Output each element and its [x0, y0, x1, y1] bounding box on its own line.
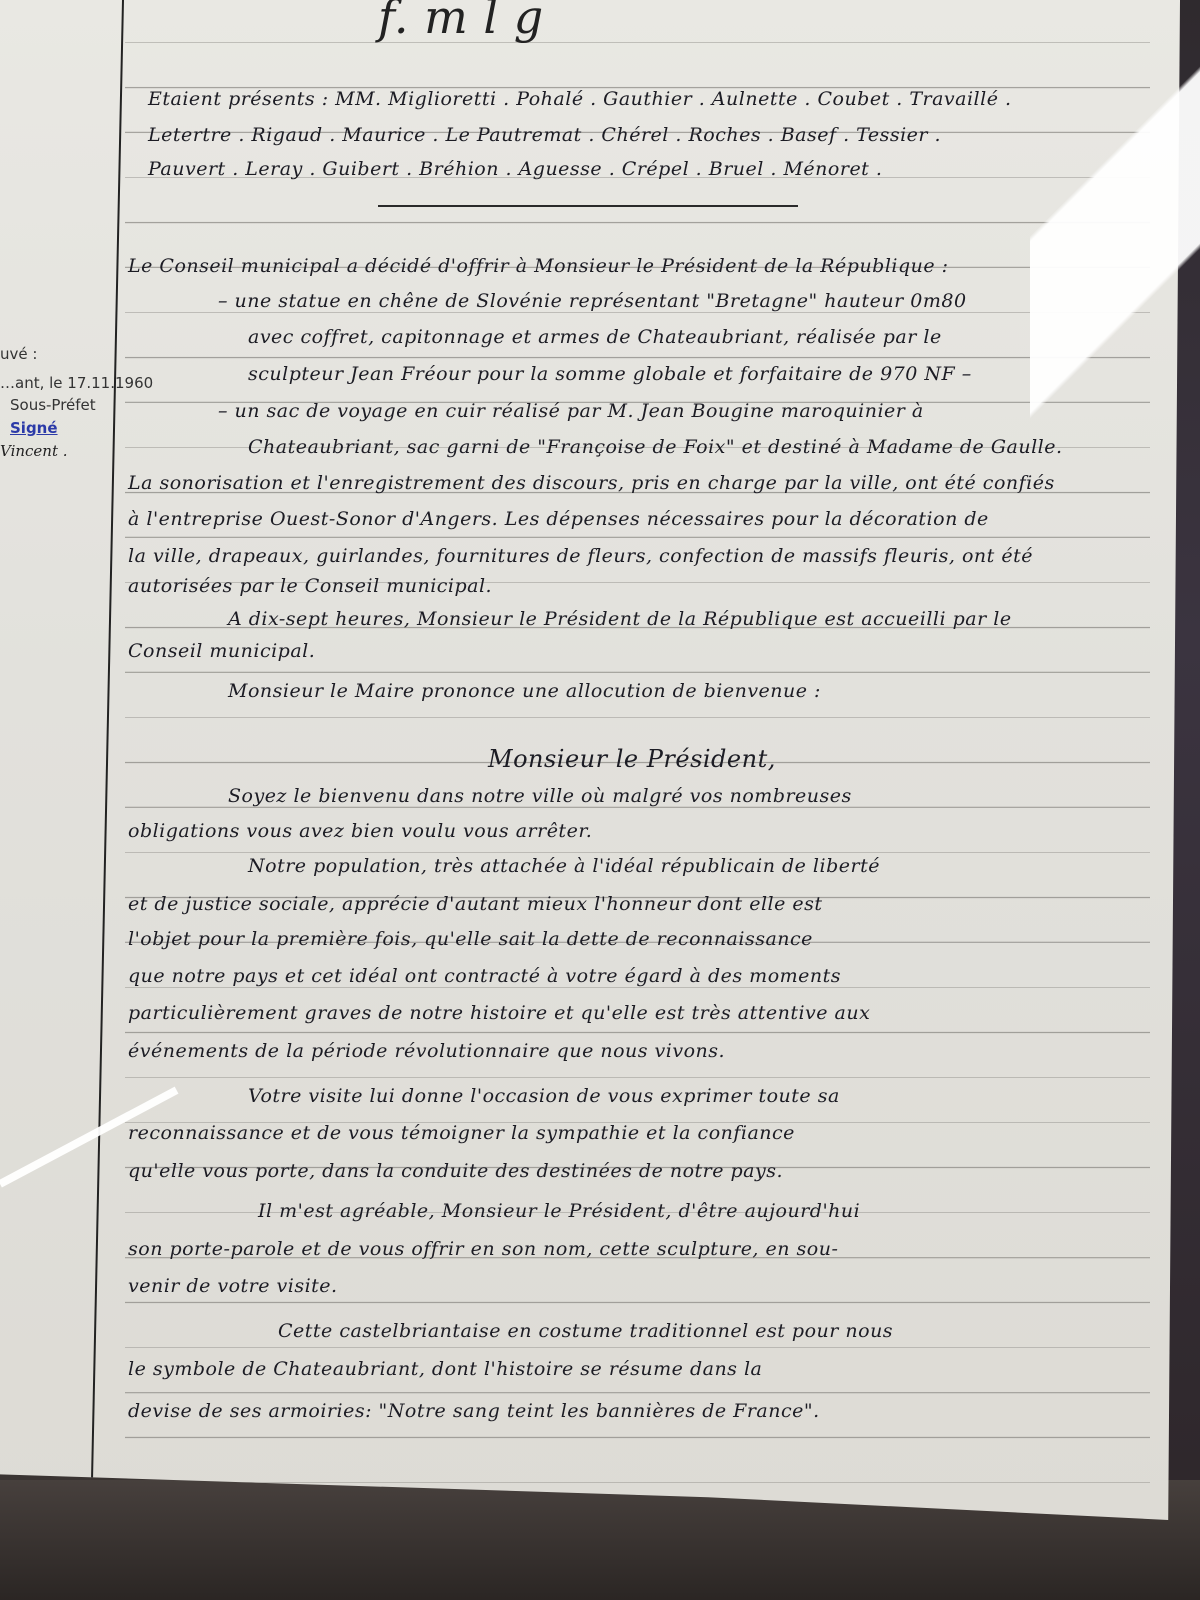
body-line: que notre pays et cet idéal ont contract… — [128, 965, 841, 987]
body-line: Monsieur le Président, — [488, 745, 776, 773]
body-line: Chateaubriant, sac garni de "Françoise d… — [248, 436, 1063, 458]
body-line: particulièrement graves de notre histoir… — [128, 1002, 870, 1024]
body-line: Notre population, très attachée à l'idéa… — [248, 855, 880, 877]
body-line: Il m'est agréable, Monsieur le Président… — [258, 1200, 860, 1222]
body-line: sculpteur Jean Fréour pour la somme glob… — [248, 363, 972, 385]
body-line: Votre visite lui donne l'occasion de vou… — [248, 1085, 840, 1107]
body-line: la ville, drapeaux, guirlandes, fournitu… — [128, 545, 1033, 567]
margin-title: Sous-Préfet — [10, 396, 96, 414]
section-divider — [378, 205, 798, 207]
body-line: Monsieur le Maire prononce une allocutio… — [228, 680, 821, 702]
body-line: obligations vous avez bien voulu vous ar… — [128, 820, 592, 842]
attendance-line-2: Letertre . Rigaud . Maurice . Le Pautrem… — [148, 124, 941, 146]
body-line: – une statue en chêne de Slovénie représ… — [218, 290, 967, 312]
margin-place-date: …ant, le 17.11.1960 — [0, 374, 153, 392]
heading-signature: f. m l g — [378, 0, 544, 44]
attendance-line-3: Pauvert . Leray . Guibert . Bréhion . Ag… — [148, 158, 882, 180]
body-line: A dix-sept heures, Monsieur le Président… — [228, 608, 1012, 630]
register-page: uvé : …ant, le 17.11.1960 Sous-Préfet Si… — [0, 0, 1180, 1520]
margin-signed-stamp: Signé — [10, 419, 58, 437]
body-line: Le Conseil municipal a décidé d'offrir à… — [128, 255, 949, 277]
body-line: à l'entreprise Ouest-Sonor d'Angers. Les… — [128, 508, 989, 530]
body-line: Conseil municipal. — [128, 640, 315, 662]
body-line: autorisées par le Conseil municipal. — [128, 575, 492, 597]
body-line: – un sac de voyage en cuir réalisé par M… — [218, 400, 924, 422]
body-line: et de justice sociale, apprécie d'autant… — [128, 893, 823, 915]
body-line: Cette castelbriantaise en costume tradit… — [278, 1320, 893, 1342]
body-line: La sonorisation et l'enregistrement des … — [128, 472, 1055, 494]
body-line: l'objet pour la première fois, qu'elle s… — [128, 928, 813, 950]
body-line: qu'elle vous porte, dans la conduite des… — [128, 1160, 783, 1182]
margin-rule — [90, 0, 124, 1520]
body-line: avec coffret, capitonnage et armes de Ch… — [248, 326, 942, 348]
margin-signatory: Vincent . — [0, 442, 68, 460]
margin-approved-label: uvé : — [0, 345, 37, 363]
body-line: événements de la période révolutionnaire… — [128, 1040, 725, 1062]
body-line: devise de ses armoiries: "Notre sang tei… — [128, 1400, 820, 1422]
body-line: Soyez le bienvenu dans notre ville où ma… — [228, 785, 852, 807]
attendance-line-1: Etaient présents : MM. Miglioretti . Poh… — [148, 88, 1012, 110]
body-line: son porte-parole et de vous offrir en so… — [128, 1238, 838, 1260]
body-line: le symbole de Chateaubriant, dont l'hist… — [128, 1358, 762, 1380]
body-line: reconnaissance et de vous témoigner la s… — [128, 1122, 795, 1144]
body-line: venir de votre visite. — [128, 1275, 338, 1297]
